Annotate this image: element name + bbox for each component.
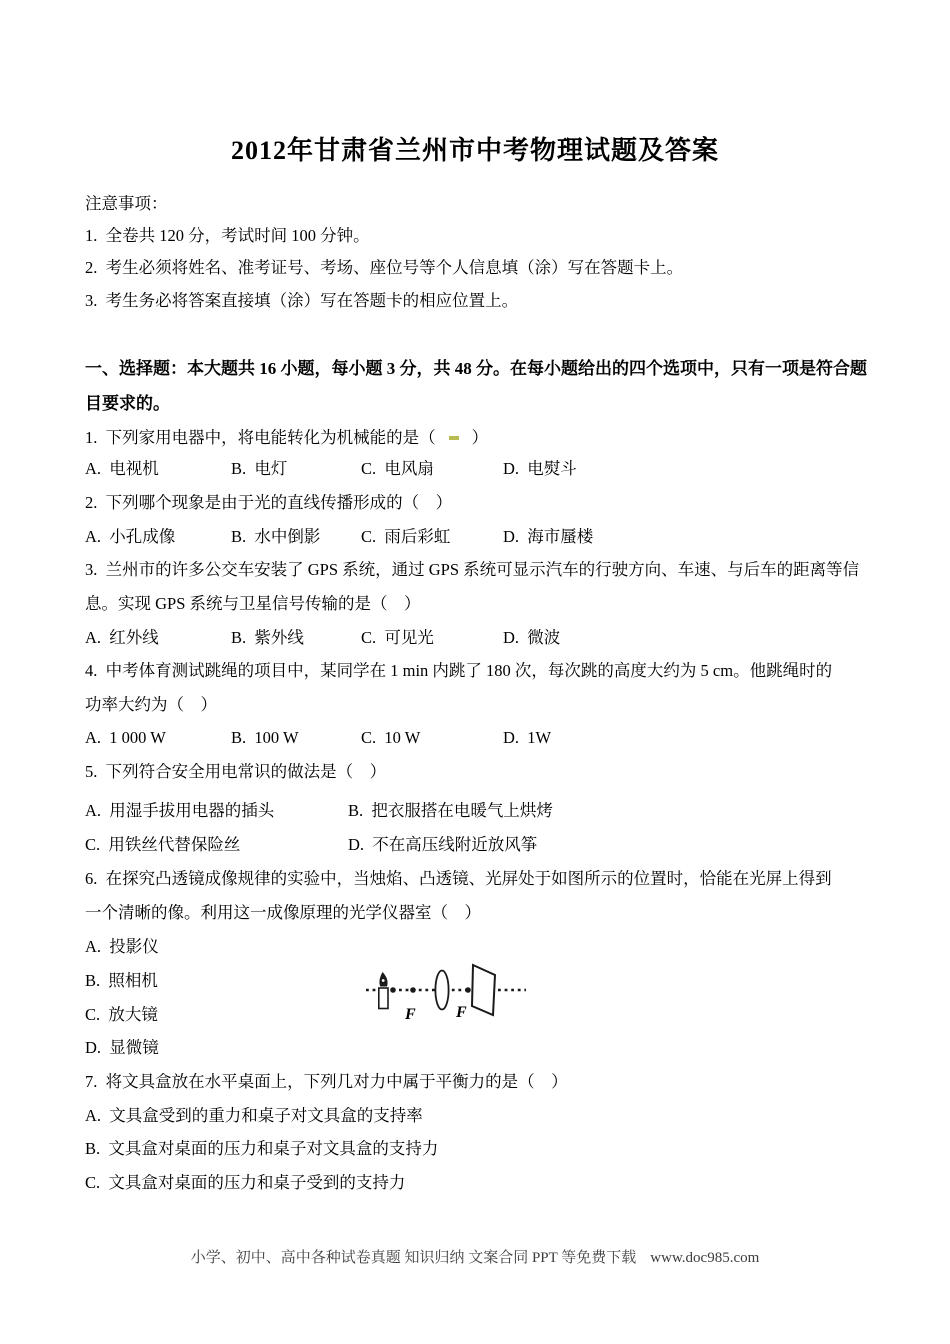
option-b: B. 100 W: [231, 727, 361, 748]
notice-item-3: 3. 考生务必将答案直接填（涂）写在答题卡的相应位置上。: [85, 290, 875, 311]
option-a: A. 小孔成像: [85, 526, 231, 547]
convex-lens-icon: [435, 971, 448, 1010]
notice-item-1: 1. 全卷共 120 分，考试时间 100 分钟。: [85, 225, 875, 246]
question-1-stem: 1. 下列家用电器中，将电能转化为机械能的是（）: [85, 427, 875, 448]
question-7-option-b: B. 文具盒对桌面的压力和桌子对文具盒的支持力: [85, 1138, 875, 1159]
question-7-option-c: C. 文具盒对桌面的压力和桌子受到的支持力: [85, 1172, 875, 1193]
question-7-stem: 7. 将文具盒放在水平桌面上，下列几对力中属于平衡力的是（ ）: [85, 1071, 875, 1092]
option-c: C. 用铁丝代替保险丝: [85, 834, 348, 855]
option-d: D. 电熨斗: [503, 458, 577, 479]
page-title: 2012年甘肃省兰州市中考物理试题及答案: [0, 130, 950, 167]
question-1-stem-pre: 1. 下列家用电器中，将电能转化为机械能的是（: [85, 428, 436, 447]
question-4-options: A. 1 000 WB. 100 WC. 10 WD. 1W: [85, 727, 875, 748]
focal-point-left-dot: [410, 987, 416, 993]
candle-body: [379, 988, 388, 1009]
question-4-line2: 功率大约为（ ）: [85, 694, 875, 715]
option-d: D. 海市蜃楼: [503, 526, 593, 547]
option-c: C. 可见光: [361, 627, 503, 648]
focal-point-label-right: F: [456, 1004, 467, 1022]
candle-icon: [379, 972, 388, 1009]
question-3-options: A. 红外线B. 紫外线C. 可见光D. 微波: [85, 627, 875, 648]
question-6-line1: 6. 在探究凸透镜成像规律的实验中，当烛焰、凸透镜、光屏处于如图所示的位置时，恰…: [85, 868, 875, 889]
option-d: D. 不在高压线附近放风筝: [348, 834, 537, 855]
footer-text: 小学、初中、高中各种试卷真题 知识归纳 文案合同 PPT 等免费下载: [191, 1250, 637, 1266]
question-3-line2: 息。实现 GPS 系统与卫星信号传输的是（ ）: [85, 593, 875, 614]
question-6-line2: 一个清晰的像。利用这一成像原理的光学仪器室（ ）: [85, 902, 875, 923]
question-7-option-a: A. 文具盒受到的重力和桌子对文具盒的支持率: [85, 1105, 875, 1126]
footer-site-link[interactable]: www.doc985.com: [650, 1250, 759, 1266]
exam-document-page: 2012年甘肃省兰州市中考物理试题及答案 注意事项： 1. 全卷共 120 分，…: [0, 0, 950, 1344]
focal-point-right-dot: [465, 987, 471, 993]
lens-imaging-svg: [360, 953, 538, 1033]
option-b: B. 电灯: [231, 458, 361, 479]
option-a: A. 1 000 W: [85, 727, 231, 748]
option-c: C. 电风扇: [361, 458, 503, 479]
page-footer: 小学、初中、高中各种试卷真题 知识归纳 文案合同 PPT 等免费下载www.do…: [0, 1246, 950, 1267]
option-c: C. 雨后彩虹: [361, 526, 503, 547]
option-a: A. 红外线: [85, 627, 231, 648]
question-6-option-d: D. 显微镜: [85, 1037, 875, 1058]
notice-item-2: 2. 考生必须将姓名、准考证号、考场、座位号等个人信息填（涂）写在答题卡上。: [85, 257, 875, 278]
notice-heading: 注意事项：: [85, 193, 875, 214]
option-b: B. 把衣服搭在电暖气上烘烤: [348, 800, 553, 821]
question-1-options: A. 电视机B. 电灯C. 电风扇D. 电熨斗: [85, 458, 875, 479]
question-3-line1: 3. 兰州市的许多公交车安装了 GPS 系统，通过 GPS 系统可显示汽车的行驶…: [85, 559, 875, 580]
question-5-stem: 5. 下列符合安全用电常识的做法是（ ）: [85, 761, 875, 782]
screen-icon: [472, 965, 495, 1015]
focal-point-label-left: F: [405, 1006, 416, 1024]
question-1-stem-post: ）: [472, 428, 489, 447]
question-2-options: A. 小孔成像B. 水中倒影C. 雨后彩虹D. 海市蜃楼: [85, 526, 875, 547]
option-b: B. 紫外线: [231, 627, 361, 648]
option-d: D. 微波: [503, 627, 560, 648]
lens-imaging-diagram: F F: [360, 953, 538, 1033]
option-a: A. 用湿手拔用电器的插头: [85, 800, 348, 821]
option-a: A. 电视机: [85, 458, 231, 479]
axis-point-dot: [390, 987, 396, 993]
candle-flame-core: [382, 979, 385, 982]
section-heading-line1: 一、选择题：本大题共 16 小题，每小题 3 分，共 48 分。在每小题给出的四…: [85, 358, 875, 379]
option-d: D. 1W: [503, 727, 551, 748]
question-2-stem: 2. 下列哪个现象是由于光的直线传播形成的（ ）: [85, 492, 875, 513]
answer-marker-dash: [449, 436, 459, 440]
option-c: C. 10 W: [361, 727, 503, 748]
question-5-options-row2: C. 用铁丝代替保险丝D. 不在高压线附近放风筝: [85, 834, 875, 855]
section-heading-line2: 目要求的。: [85, 393, 875, 414]
question-5-options-row1: A. 用湿手拔用电器的插头B. 把衣服搭在电暖气上烘烤: [85, 800, 875, 821]
option-b: B. 水中倒影: [231, 526, 361, 547]
question-4-line1: 4. 中考体育测试跳绳的项目中，某同学在 1 min 内跳了 180 次，每次跳…: [85, 660, 875, 681]
